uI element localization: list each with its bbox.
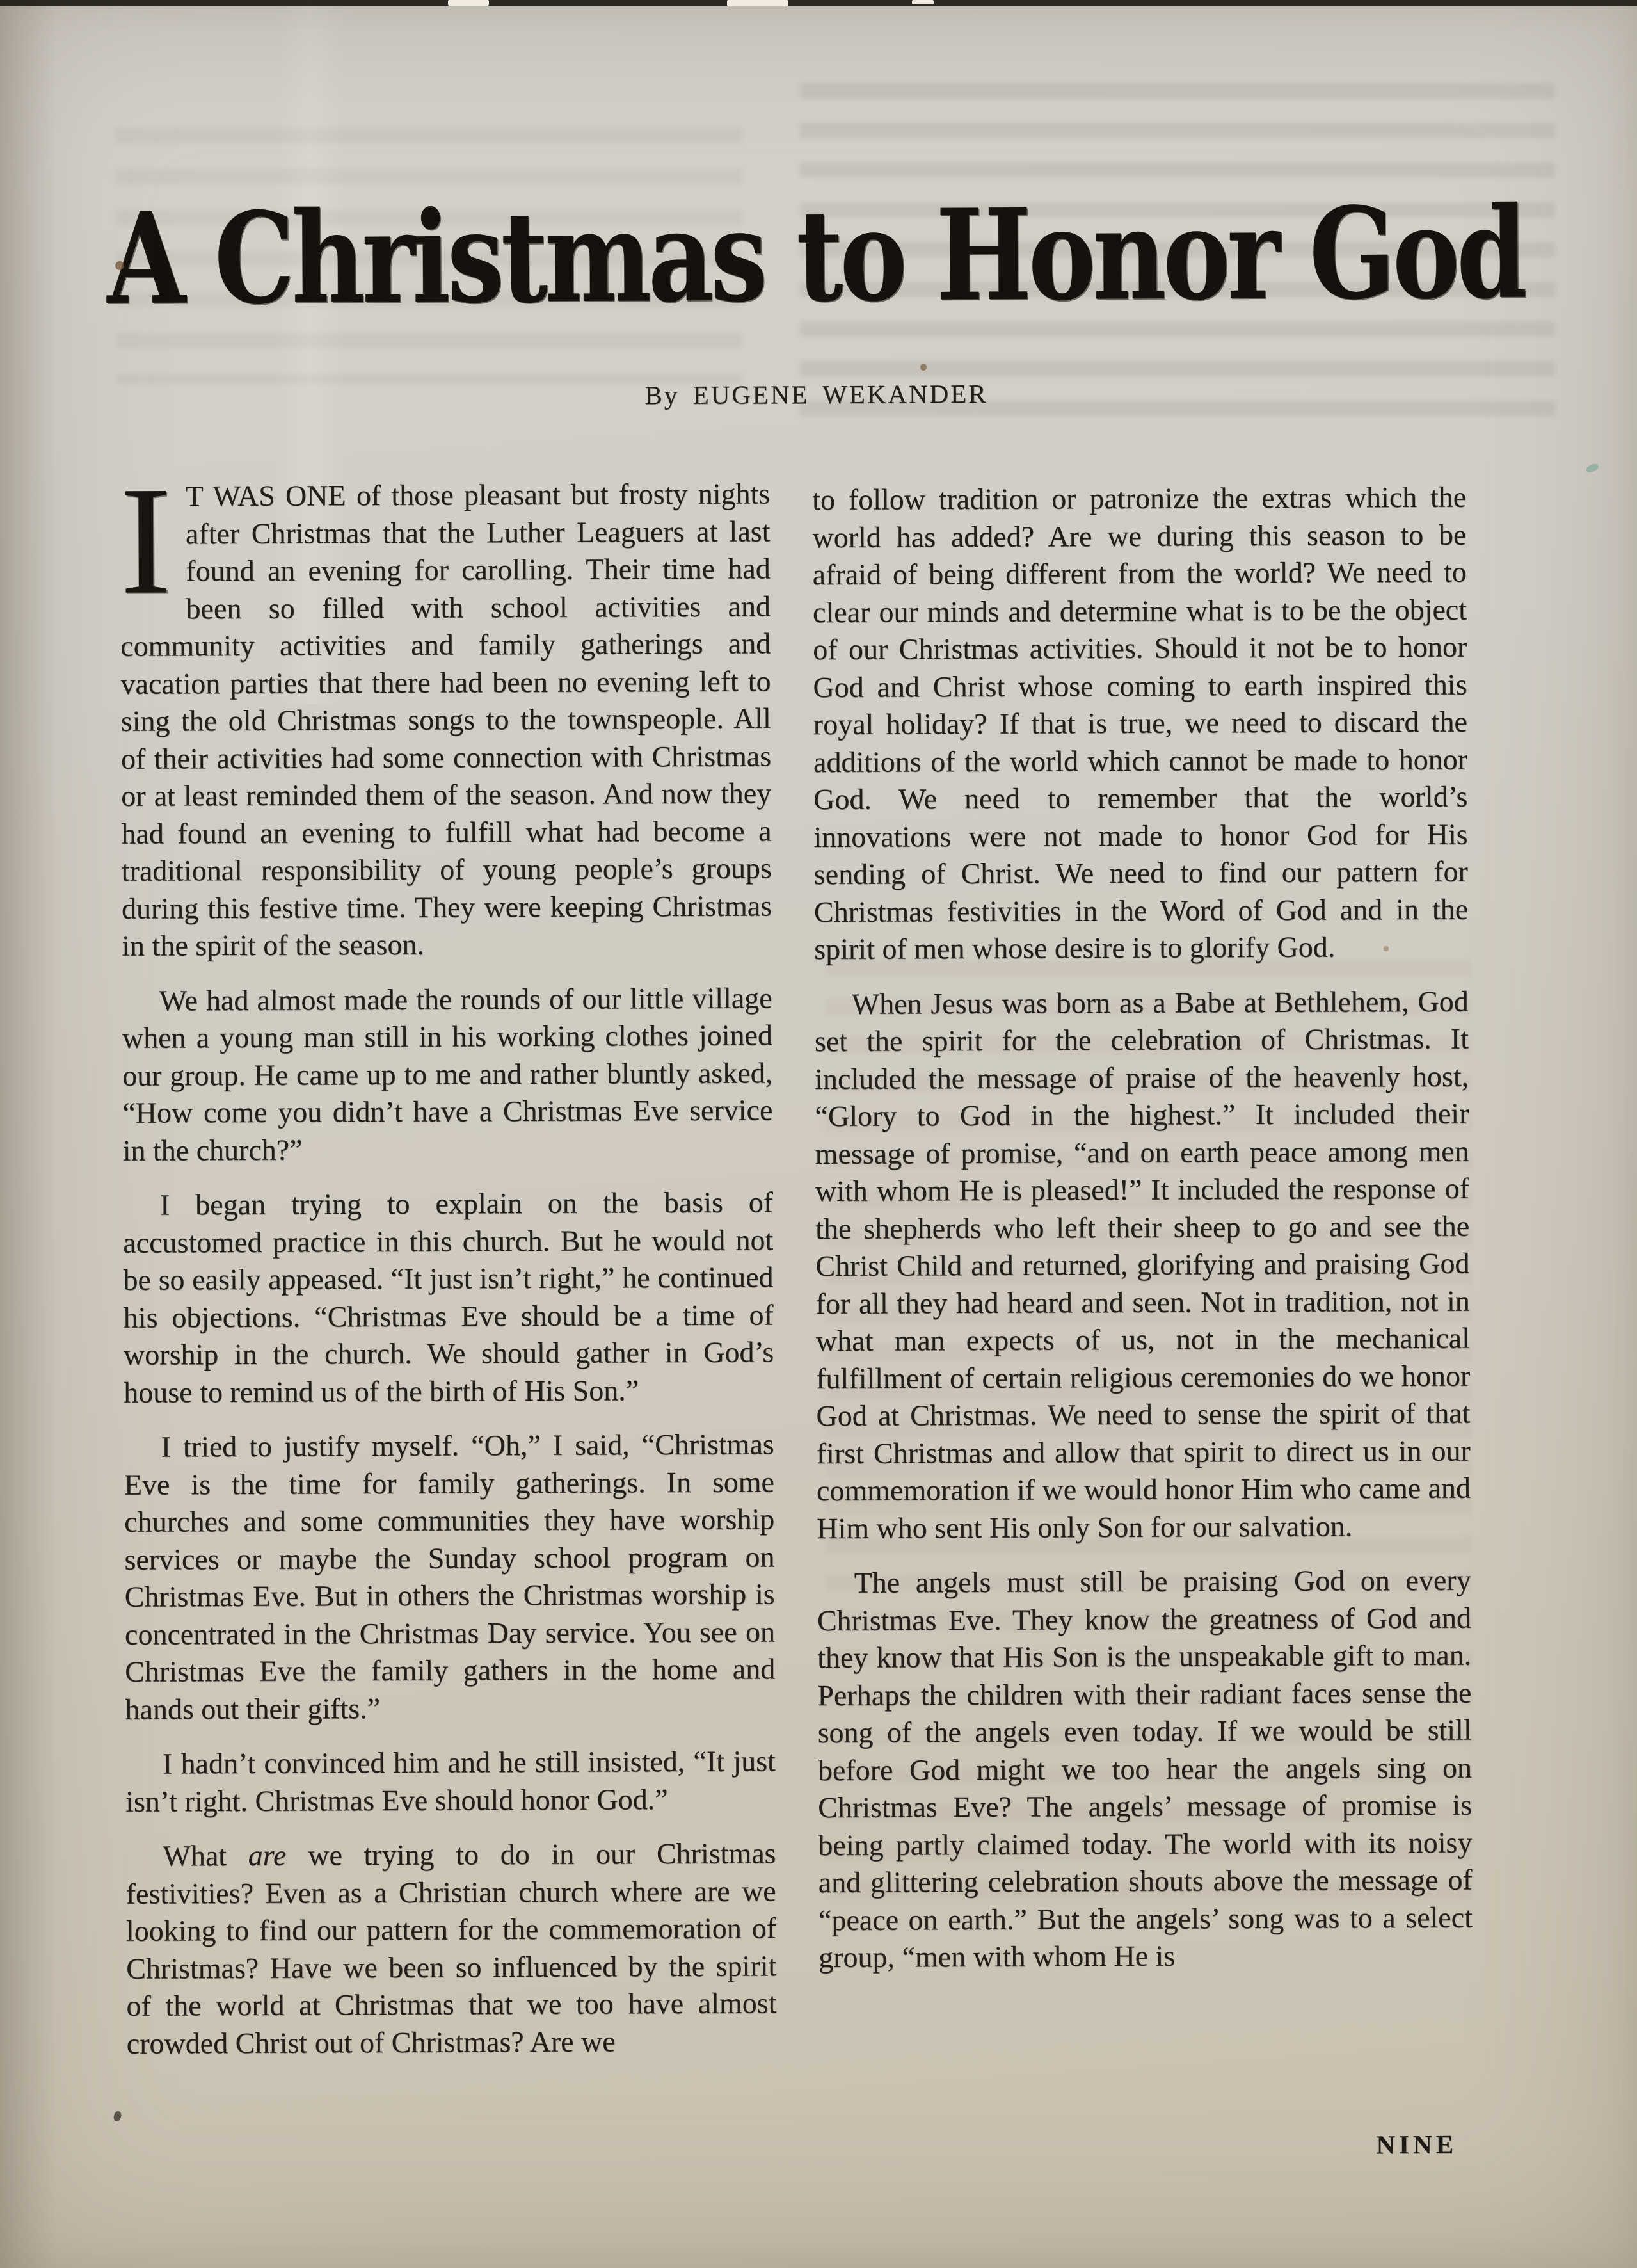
paragraph: I tried to justify myself. “Oh,” I said,…: [124, 1426, 776, 1728]
paragraph: to follow tradition or patronize the ext…: [812, 479, 1468, 969]
scan-top-edge: [0, 0, 1637, 6]
scan-edge-chip: [727, 0, 788, 6]
dropcap-letter: I: [120, 478, 186, 598]
paragraph: We had almost made the rounds of our lit…: [122, 979, 773, 1170]
column-right: to follow tradition or patronize the ext…: [812, 479, 1473, 2095]
paragraph-text: What: [163, 1839, 248, 1872]
paper-blemish: [920, 364, 927, 371]
column-left: IT WAS ONE of those pleasant but frosty …: [120, 475, 777, 2091]
paragraph: I hadn’t convinced him and he still insi…: [125, 1742, 776, 1820]
paper-blemish: [1384, 946, 1389, 951]
paragraph: The angels must still be praising God on…: [817, 1562, 1473, 1977]
article-title: A Christmas to Honor God: [0, 179, 1634, 334]
paragraph: What are we trying to do in our Christma…: [125, 1835, 777, 2062]
scan-edge-chip: [448, 0, 489, 6]
paragraph: When Jesus was born as a Babe at Bethleh…: [815, 983, 1471, 1547]
page-number: NINE: [1376, 2129, 1457, 2160]
scan-edge-chip: [912, 0, 934, 4]
magazine-page: A Christmas to Honor God By EUGENE WEKAN…: [0, 0, 1637, 2268]
lead-caps: T WAS ONE: [186, 479, 346, 512]
page-content: A Christmas to Honor God By EUGENE WEKAN…: [0, 0, 1637, 2268]
paper-blemish: [115, 261, 124, 270]
paragraph: IT WAS ONE of those pleasant but frosty …: [120, 475, 772, 965]
paragraph-text: of those pleasant but frosty nights afte…: [120, 477, 772, 961]
emphasized-word: are: [248, 1839, 287, 1872]
paragraph: I began trying to explain on the basis o…: [123, 1184, 774, 1411]
article-byline: By EUGENE WEKANDER: [0, 375, 1635, 413]
